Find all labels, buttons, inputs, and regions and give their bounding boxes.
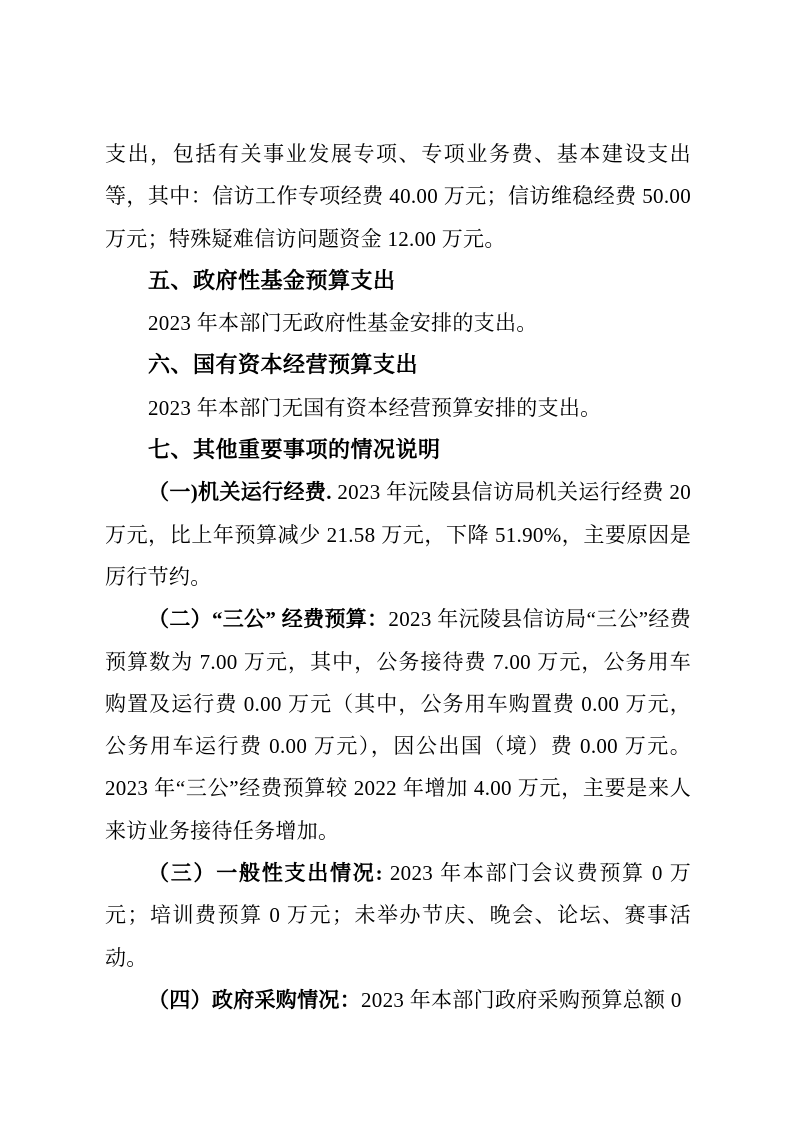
paragraph-section-five: 2023 年本部门无政府性基金安排的支出。 [105, 302, 691, 344]
paragraph-text: 支出，包括有关事业发展专项、专项业务费、基本建设支出等，其中：信访工作专项经费 … [105, 142, 691, 251]
paragraph-item-four: （四）政府采购情况：2023 年本部门政府采购预算总额 0 [105, 979, 691, 1021]
paragraph-section-six: 2023 年本部门无国有资本经营预算安排的支出。 [105, 387, 691, 429]
heading-section-seven: 七、其他重要事项的情况说明 [105, 429, 691, 471]
paragraph-text: 2023 年本部门政府采购预算总额 0 [361, 988, 682, 1012]
heading-section-five: 五、政府性基金预算支出 [105, 260, 691, 302]
paragraph-lead: （一)机关运行经费. [148, 480, 332, 504]
paragraph-text: 2023 年本部门无国有资本经营预算安排的支出。 [148, 396, 601, 420]
paragraph-lead: （四）政府采购情况： [148, 988, 361, 1012]
paragraph-item-one: （一)机关运行经费. 2023 年沅陵县信访局机关运行经费 20 万元，比上年预… [105, 471, 691, 598]
paragraph-lead: （三）一般性支出情况: [148, 861, 383, 885]
document-content: 支出，包括有关事业发展专项、专项业务费、基本建设支出等，其中：信访工作专项经费 … [105, 133, 691, 1021]
paragraph-item-three: （三）一般性支出情况: 2023 年本部门会议费预算 0 万元；培训费预算 0 … [105, 852, 691, 979]
paragraph-text: 2023 年沅陵县信访局“三公”经费预算数为 7.00 万元，其中，公务接待费 … [105, 607, 691, 842]
paragraph-carryover: 支出，包括有关事业发展专项、专项业务费、基本建设支出等，其中：信访工作专项经费 … [105, 133, 691, 260]
heading-section-six: 六、国有资本经营预算支出 [105, 344, 691, 386]
document-page: 支出，包括有关事业发展专项、专项业务费、基本建设支出等，其中：信访工作专项经费 … [0, 0, 793, 1122]
paragraph-lead: （二）“三公” 经费预算： [148, 607, 388, 631]
paragraph-item-two: （二）“三公” 经费预算：2023 年沅陵县信访局“三公”经费预算数为 7.00… [105, 598, 691, 852]
paragraph-text: 2023 年本部门无政府性基金安排的支出。 [148, 311, 538, 335]
